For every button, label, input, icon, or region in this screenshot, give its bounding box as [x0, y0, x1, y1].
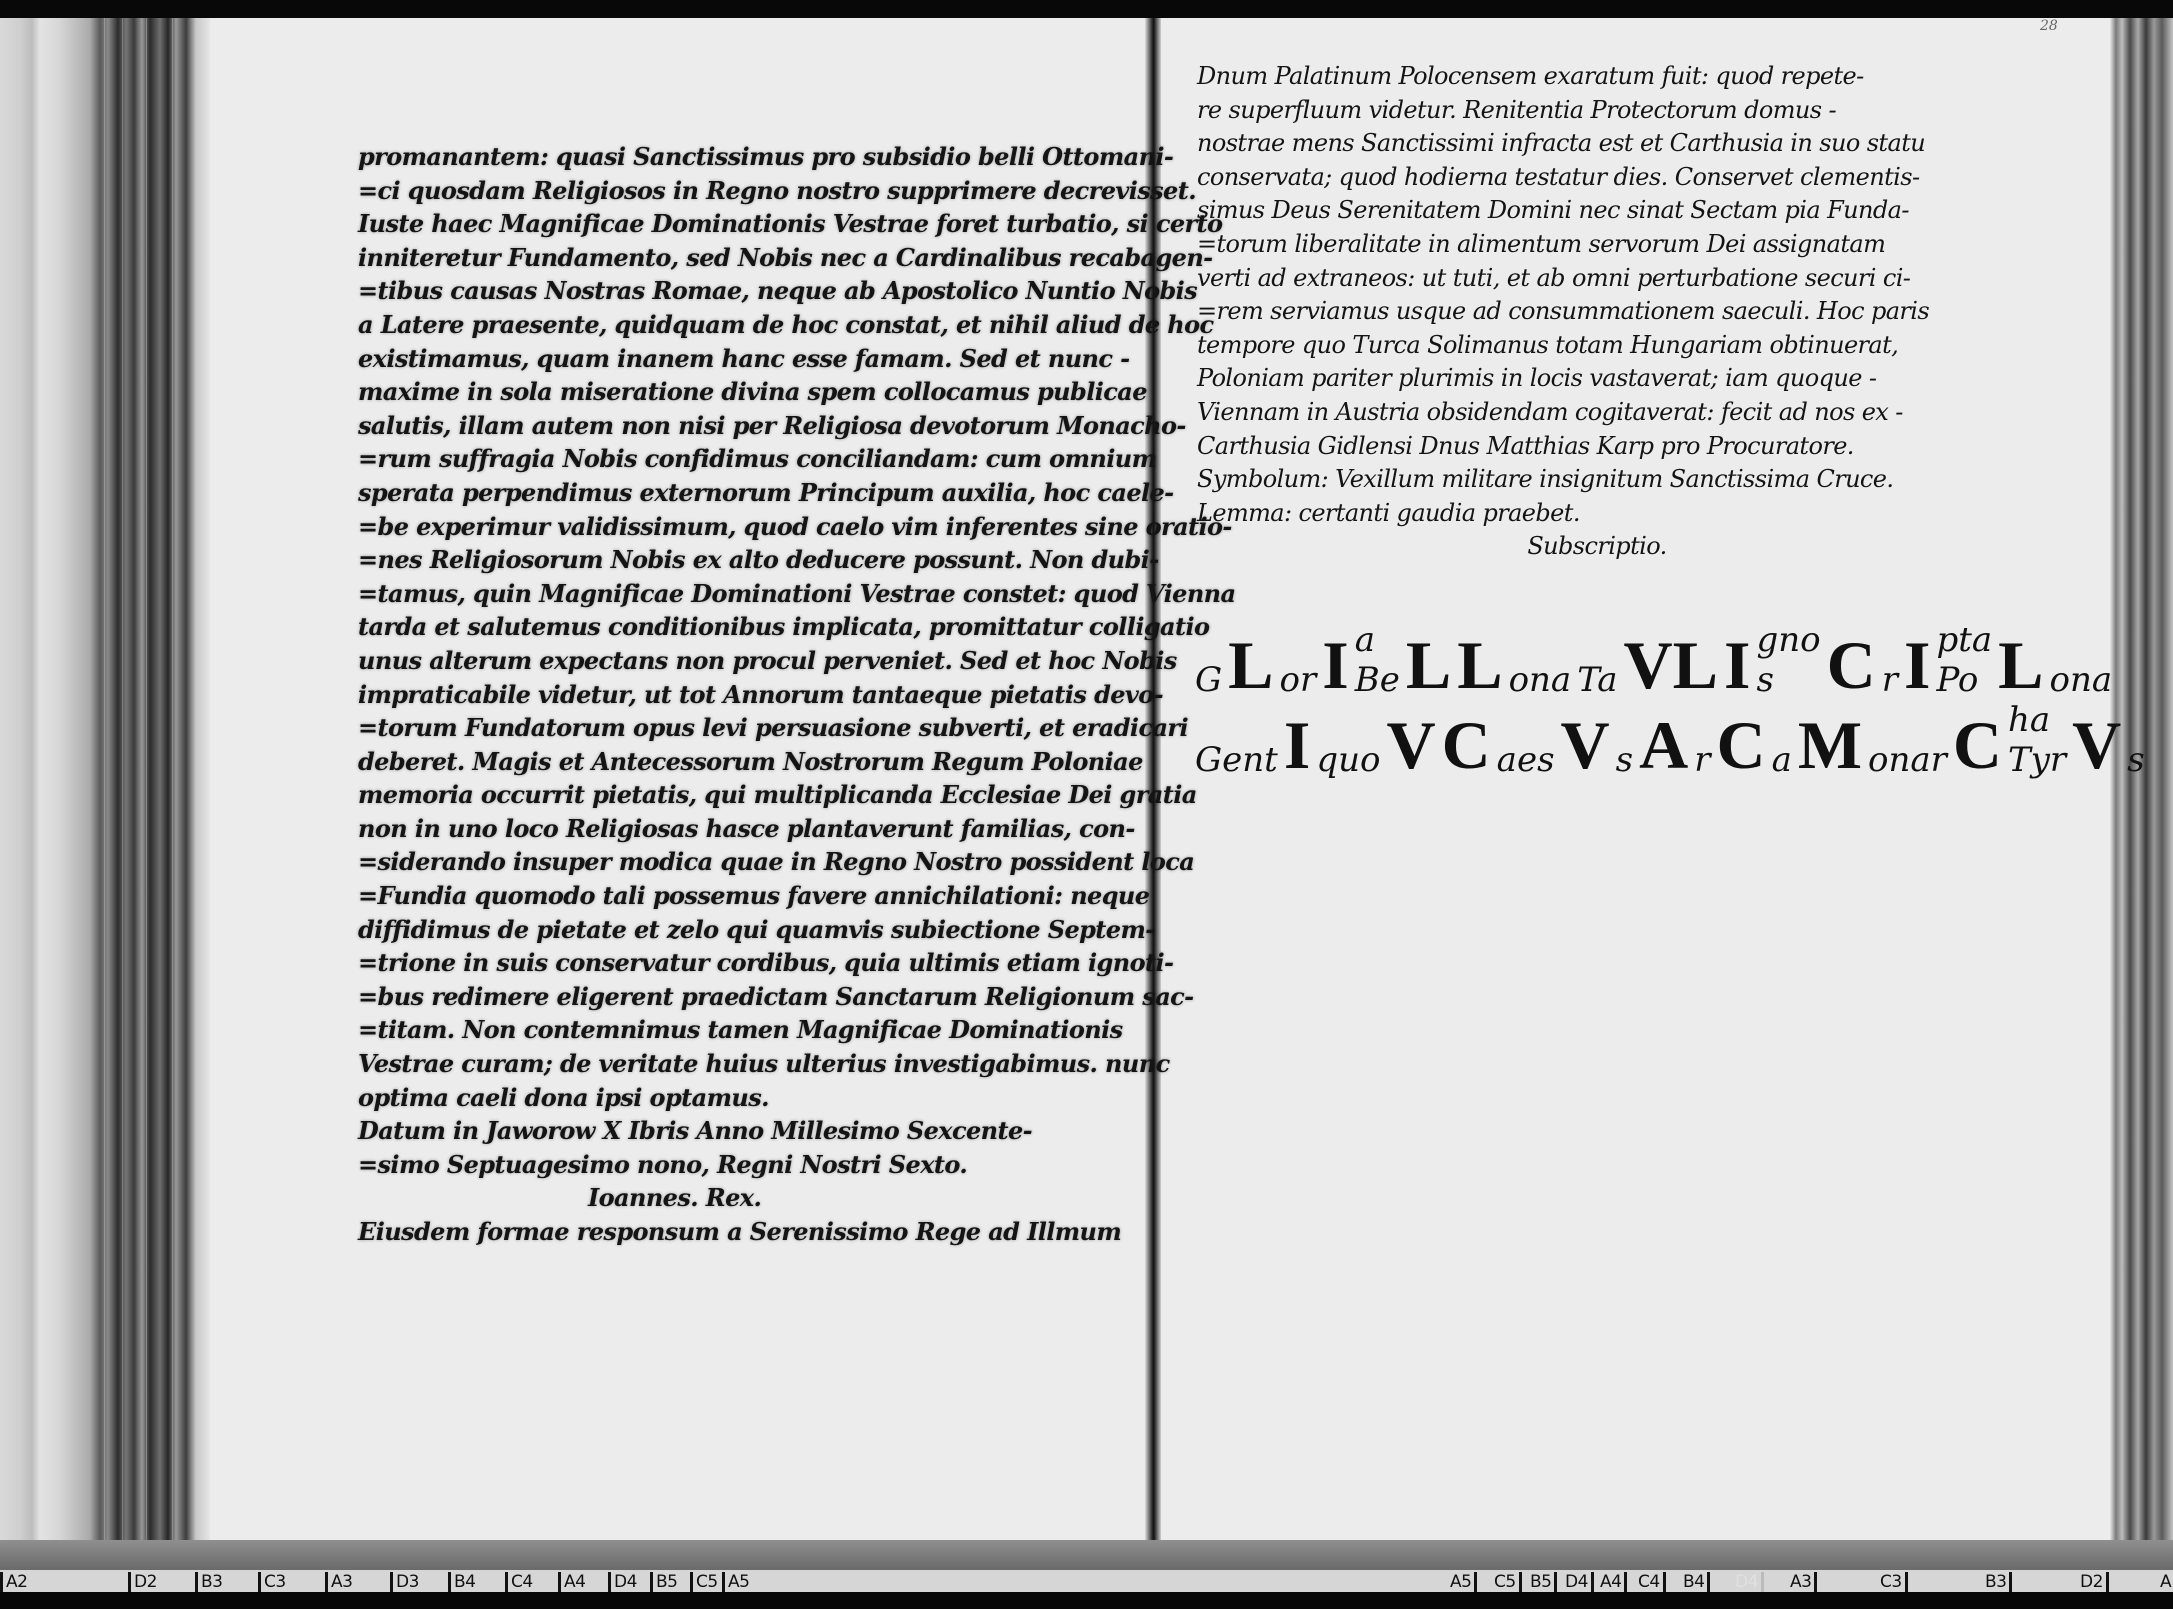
- chronogram-numeral-letter: I: [1322, 630, 1348, 700]
- manuscript-line: Vestrae curam; de veritate huius ulteriu…: [358, 1047, 1148, 1081]
- manuscript-line: inniteretur Fundamento, sed Nobis nec a …: [358, 241, 1148, 275]
- scale-label: D2: [2080, 1572, 2109, 1592]
- chronogram-letters: pta Po: [1936, 620, 1992, 700]
- scale-label: B4: [1683, 1572, 1710, 1592]
- manuscript-line: conservata; quod hodierna testatur dies.…: [1197, 161, 1997, 195]
- scale-label: C5: [1494, 1572, 1522, 1592]
- chronogram-letters: r: [1694, 740, 1710, 780]
- scale-label: C3: [258, 1572, 286, 1592]
- manuscript-line: =torum liberalitate in alimentum servoru…: [1197, 228, 1997, 262]
- manuscript-line: salutis, illam autem non nisi per Religi…: [358, 409, 1148, 443]
- manuscript-line: =simo Septuagesimo nono, Regni Nostri Se…: [358, 1148, 1148, 1182]
- manuscript-line: Carthusia Gidlensi Dnus Matthias Karp pr…: [1197, 430, 1997, 464]
- chronogram-letters: a: [1772, 740, 1792, 780]
- chronogram-numeral-letter: C: [1953, 710, 2002, 780]
- right-page-manuscript-text: Dnum Palatinum Polocensem exaratum fuit:…: [1197, 60, 1997, 564]
- chronogram-numeral-letter: I: [1904, 630, 1930, 700]
- chronogram-numeral-letter: C: [1716, 710, 1765, 780]
- chronogram-numeral-letter: C: [1442, 710, 1491, 780]
- scale-label: C4: [505, 1572, 533, 1592]
- manuscript-line: =Fundia quomodo tali possemus favere ann…: [358, 879, 1148, 913]
- chronogram-letters: s: [1616, 740, 1633, 780]
- manuscript-line: optima caeli dona ipsi optamus.: [358, 1081, 1148, 1115]
- manuscript-line: memoria occurrit pietatis, qui multiplic…: [358, 778, 1148, 812]
- scale-label: A3: [325, 1572, 352, 1592]
- scale-label: A: [2160, 1572, 2173, 1592]
- manuscript-line: Viennam in Austria obsidendam cogitavera…: [1197, 396, 1997, 430]
- manuscript-line: =trione in suis conservatur cordibus, qu…: [358, 946, 1148, 980]
- chronogram-letters: quo: [1316, 740, 1380, 780]
- chronogram-numeral-letter: C: [1827, 630, 1876, 700]
- chronogram-letters: G: [1195, 660, 1222, 700]
- scale-label: A4: [558, 1572, 585, 1592]
- chronogram-numeral-letter: L: [1457, 630, 1502, 700]
- manuscript-line: Datum in Jaworow X Ibris Anno Millesimo …: [358, 1114, 1148, 1148]
- chronogram-letters: ona: [1509, 660, 1572, 700]
- scale-label: D2: [128, 1572, 157, 1592]
- manuscript-line: =siderando insuper modica quae in Regno …: [358, 845, 1148, 879]
- chronogram-numeral-letter: M: [1798, 710, 1862, 780]
- chronogram-numeral-letter: V: [1561, 710, 1610, 780]
- chronogram-letters: aes: [1497, 740, 1555, 780]
- film-top-border: [0, 0, 2173, 18]
- manuscript-line: Symbolum: Vexillum militare insignitum S…: [1197, 463, 1997, 497]
- scale-label: C5: [690, 1572, 718, 1592]
- manuscript-line: =rem serviamus usque ad consummationem s…: [1197, 295, 1997, 329]
- left-page-stack-edges: [0, 18, 210, 1588]
- scale-label: B5: [650, 1572, 677, 1592]
- scale-label: B3: [1985, 1572, 2012, 1592]
- chronogram-numeral-letter: VL: [1624, 630, 1718, 700]
- chronogram-numeral-letter: V: [1386, 710, 1435, 780]
- manuscript-line: Iuste haec Magnificae Dominationis Vestr…: [358, 207, 1148, 241]
- manuscript-line: Ioannes. Rex.: [358, 1181, 1148, 1215]
- manuscript-line: unus alterum expectans non procul perven…: [358, 644, 1148, 678]
- manuscript-line: a Latere praesente, quidquam de hoc cons…: [358, 308, 1148, 342]
- scale-label: C4: [1638, 1572, 1666, 1592]
- manuscript-line: =torum Fundatorum opus levi persuasione …: [358, 711, 1148, 745]
- manuscript-line: =be experimur validissimum, quod caelo v…: [358, 510, 1148, 544]
- manuscript-line: Subscriptio.: [1197, 530, 1997, 564]
- scale-label: A2: [0, 1572, 27, 1592]
- manuscript-line: tarda et salutemus conditionibus implica…: [358, 610, 1148, 644]
- scale-label: C3: [1880, 1572, 1908, 1592]
- scale-label: D4: [608, 1572, 637, 1592]
- manuscript-line: =nes Religiosorum Nobis ex alto deducere…: [358, 543, 1148, 577]
- manuscript-line: Eiusdem formae responsum a Serenissimo R…: [358, 1215, 1148, 1249]
- manuscript-line: simus Deus Serenitatem Domini nec sinat …: [1197, 194, 1997, 228]
- chronogram-numeral-letter: I: [1724, 630, 1750, 700]
- manuscript-line: promanantem: quasi Sanctissimus pro subs…: [358, 140, 1148, 174]
- manuscript-line: Poloniam pariter plurimis in locis vasta…: [1197, 362, 1997, 396]
- scale-label: B4: [448, 1572, 475, 1592]
- manuscript-line: Dnum Palatinum Polocensem exaratum fuit:…: [1197, 60, 1997, 94]
- scale-label: A5: [1450, 1572, 1477, 1592]
- manuscript-line: maxime in sola miseratione divina spem c…: [358, 375, 1148, 409]
- manuscript-line: =tibus causas Nostras Romae, neque ab Ap…: [358, 274, 1148, 308]
- scale-label: D3: [390, 1572, 419, 1592]
- manuscript-line: non in uno loco Religiosas hasce plantav…: [358, 812, 1148, 846]
- manuscript-line: =titam. Non contemnimus tamen Magnificae…: [358, 1013, 1148, 1047]
- scale-label: B5: [1530, 1572, 1557, 1592]
- manuscript-line: sperata perpendimus externorum Principum…: [358, 476, 1148, 510]
- chronogram-letters: a Be: [1355, 620, 1400, 700]
- chronogram-letters: Gent: [1195, 740, 1278, 780]
- scale-label: D4: [1565, 1572, 1594, 1592]
- chronogram-numeral-letter: L: [1406, 630, 1451, 700]
- chronogram-letters: ona: [2050, 660, 2113, 700]
- chronogram-letters: r: [1882, 660, 1898, 700]
- manuscript-line: =bus redimere eligerent praedictam Sanct…: [358, 980, 1148, 1014]
- manuscript-line: =ci quosdam Religiosos in Regno nostro s…: [358, 174, 1148, 208]
- manuscript-line: verti ad extraneos: ut tuti, et ab omni …: [1197, 262, 1997, 296]
- chronogram-letters: s: [2127, 740, 2144, 780]
- chronogram-letters: onar: [1868, 740, 1947, 780]
- manuscript-line: impraticabile videtur, ut tot Annorum ta…: [358, 678, 1148, 712]
- scale-label: A3: [1790, 1572, 1817, 1592]
- chronogram-numeral-letter: I: [1284, 710, 1310, 780]
- left-page-manuscript-text: promanantem: quasi Sanctissimus pro subs…: [358, 140, 1148, 1249]
- chronogram-numeral-letter: V: [2072, 710, 2121, 780]
- manuscript-line: nostrae mens Sanctissimi infracta est et…: [1197, 127, 1997, 161]
- scale-label: B3: [195, 1572, 222, 1592]
- chronogram: GLorIa BeLLonaTaVLIgno sCrIpta PoLona Ge…: [1195, 620, 2025, 780]
- manuscript-line: re superfluum videtur. Renitentia Protec…: [1197, 94, 1997, 128]
- manuscript-line: tempore quo Turca Solimanus totam Hungar…: [1197, 329, 1997, 363]
- scale-label: A4: [1600, 1572, 1627, 1592]
- chronogram-letters: or: [1280, 660, 1317, 700]
- manuscript-line: diffidimus de pietate et zelo qui quamvi…: [358, 913, 1148, 947]
- chronogram-row-1: GLorIa BeLLonaTaVLIgno sCrIpta PoLona: [1195, 620, 2025, 700]
- manuscript-line: Lemma: certanti gaudia praebet.: [1197, 497, 1997, 531]
- manuscript-line: =rum suffragia Nobis confidimus concilia…: [358, 442, 1148, 476]
- chronogram-letters: ha Tyr: [2008, 700, 2066, 780]
- page-number: 28: [2040, 18, 2058, 34]
- film-bottom-border: [0, 1592, 2173, 1609]
- scale-label: A5: [722, 1572, 749, 1592]
- chronogram-numeral-letter: A: [1639, 710, 1688, 780]
- chronogram-letters: Ta: [1577, 660, 1617, 700]
- manuscript-line: =tamus, quin Magnificae Dominationi Vest…: [358, 577, 1148, 611]
- manuscript-line: deberet. Magis et Antecessorum Nostrorum…: [358, 745, 1148, 779]
- chronogram-row-2: GentIquoVCaesVsArCaMonarCha TyrVs: [1195, 700, 2025, 780]
- page-base-shadow: [0, 1540, 2173, 1570]
- right-page-stack-edges: [2110, 18, 2173, 1588]
- chronogram-numeral-letter: L: [1998, 630, 2043, 700]
- chronogram-letters: gno s: [1756, 620, 1820, 700]
- film-calibration-scale: A2D2B3C3A3D3B4C4A4D4B5C5A5A5C5B5D4A4C4B4…: [0, 1570, 2173, 1592]
- scale-label: D4: [1735, 1572, 1764, 1592]
- chronogram-numeral-letter: L: [1228, 630, 1273, 700]
- manuscript-line: existimamus, quam inanem hanc esse famam…: [358, 342, 1148, 376]
